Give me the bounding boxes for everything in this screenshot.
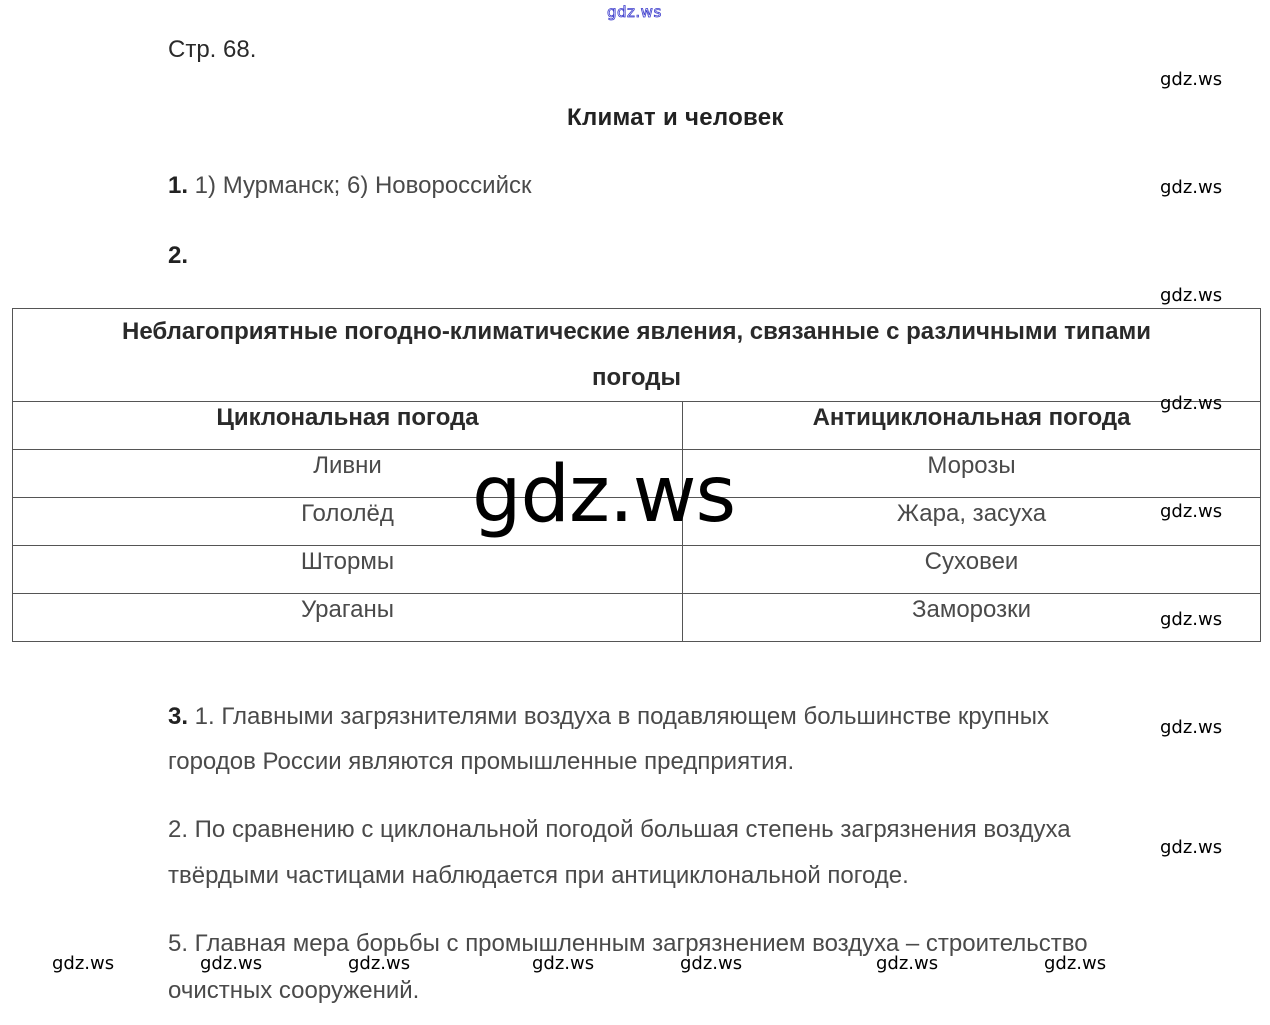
task-1-number: 1.	[168, 172, 188, 199]
task-3-item-1-line-1: 3. 1. Главными загрязнителями воздуха в …	[168, 703, 1049, 731]
top-watermark: gdz.ws	[607, 3, 662, 21]
task-3-item-2-line-1: 2. По сравнению с циклональной погодой б…	[168, 816, 1071, 844]
large-watermark: gdz.ws	[472, 450, 735, 540]
watermark: gdz.ws	[532, 953, 594, 974]
watermark: gdz.ws	[1160, 69, 1222, 90]
header-cyclonic: Циклональная погода	[13, 402, 683, 450]
watermark: gdz.ws	[1160, 609, 1222, 630]
table-caption-line-2: погоды	[592, 364, 681, 391]
section-title: Климат и человек	[567, 104, 784, 132]
watermark: gdz.ws	[200, 953, 262, 974]
task-1: 1. 1) Мурманск; 6) Новороссийск	[168, 172, 532, 200]
task-3-item-1-text: 1. Главными загрязнителями воздуха в под…	[188, 703, 1049, 730]
watermark: gdz.ws	[348, 953, 410, 974]
cell-cyclonic: Штормы	[13, 546, 683, 594]
table-row: Штормы Суховеи	[13, 546, 1261, 594]
task-3-number: 3.	[168, 703, 188, 730]
cell-cyclonic: Ураганы	[13, 594, 683, 642]
watermark: gdz.ws	[1044, 953, 1106, 974]
watermark: gdz.ws	[1160, 285, 1222, 306]
watermark: gdz.ws	[876, 953, 938, 974]
task-3-item-1-line-2: городов России являются промышленные пре…	[168, 748, 794, 776]
watermark: gdz.ws	[1160, 837, 1222, 858]
task-3-item-2-line-2: твёрдыми частицами наблюдается при антиц…	[168, 862, 909, 890]
watermark: gdz.ws	[1160, 717, 1222, 738]
watermark: gdz.ws	[1160, 393, 1222, 414]
task-3-item-3-line-2: очистных сооружений.	[168, 977, 419, 1005]
table-caption: Неблагоприятные погодно-климатические яв…	[13, 309, 1261, 402]
watermark: gdz.ws	[1160, 177, 1222, 198]
task-1-answer: 1) Мурманск; 6) Новороссийск	[188, 172, 531, 199]
table-row: Ураганы Заморозки	[13, 594, 1261, 642]
watermark: gdz.ws	[680, 953, 742, 974]
table-caption-line-1: Неблагоприятные погодно-климатические яв…	[122, 318, 1151, 345]
cell-anticyclonic: Суховеи	[683, 546, 1261, 594]
task-2-number: 2.	[168, 242, 188, 270]
watermark: gdz.ws	[1160, 501, 1222, 522]
page-reference: Стр. 68.	[168, 36, 256, 64]
watermark: gdz.ws	[52, 953, 114, 974]
task-3-item-3-line-1: 5. Главная мера борьбы с промышленным за…	[168, 930, 1088, 958]
cell-anticyclonic: Морозы	[683, 450, 1261, 498]
